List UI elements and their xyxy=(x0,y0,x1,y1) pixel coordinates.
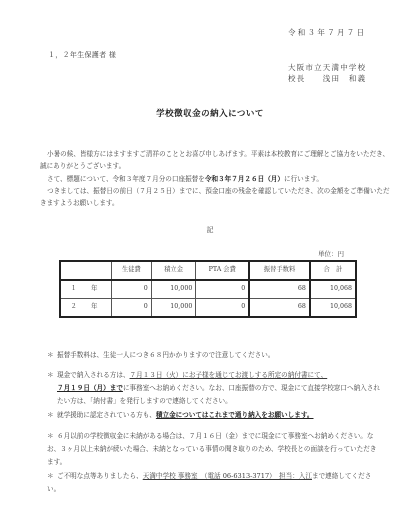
contact-info: 天満中学校 事務室 （電話 06-6313-3717） 担当：入江 xyxy=(143,472,312,480)
note-underlined-text: 積立金についてはこれまで通り納入をお願いします。 xyxy=(156,411,314,419)
body-text-segment: に行います。 xyxy=(284,175,323,183)
body-paragraph-greeting: 小暑の候、皆様方にはますますご清祥のこととお喜び申しあげます。平素は本校教育にご… xyxy=(40,148,390,173)
note-cash-payment: ＊現金で納入される方は、７月１３日（火）にお子様を通じてお渡しする所定の納付書に… xyxy=(47,369,382,408)
note-text: 就学援助に認定されている方も、 xyxy=(57,411,156,419)
row-label: ２ 年 xyxy=(60,299,112,318)
sender-principal: 校長 浅田 和義 xyxy=(288,73,366,84)
body-text: 小暑の候、皆様方にはますますご清祥のこととお喜び申しあげます。平素は本校教育にご… xyxy=(40,148,390,209)
table-header-cell: 合 計 xyxy=(310,261,356,280)
ki-heading: 記 xyxy=(0,227,420,234)
note-contact: ＊ご不明な点等ありましたら、天満中学校 事務室 （電話 06-6313-3717… xyxy=(47,470,382,496)
fee-table: 生徒費 積立金 PTA 会費 振替手数料 合 計 １ 年 0 10,000 0 … xyxy=(59,260,357,318)
body-text-segment: さて、標題について、令和３年度７月分の口座振替を xyxy=(47,175,205,183)
asterisk-icon: ＊ xyxy=(47,369,57,382)
table-header-cell: 積立金 xyxy=(151,261,196,280)
table-cell: 0 xyxy=(112,299,152,318)
asterisk-icon: ＊ xyxy=(47,349,57,362)
body-paragraph-request: つきましては、振替日の前日（７月２５日）までに、預金口座の残金を確認していただき… xyxy=(40,185,390,210)
table-cell: 10,068 xyxy=(310,280,356,299)
table-header-cell: PTA 会費 xyxy=(196,261,249,280)
asterisk-icon: ＊ xyxy=(47,409,57,422)
asterisk-icon: ＊ xyxy=(47,470,57,483)
note-text: 振替手数料は、生徒一人につき６８円かかりますので注意してください。 xyxy=(57,351,274,359)
addressee: １，２年生保護者 様 xyxy=(48,52,116,59)
note-underlined-text: ７月１３日（火）にお子様を通じてお渡しする所定の納付書にて、 xyxy=(130,371,328,379)
cash-deadline: ７月１９日（月）まで xyxy=(57,384,123,392)
sender-school: 大阪市立天満中学校 xyxy=(288,62,366,73)
table-cell: 10,000 xyxy=(151,299,196,318)
row-label: １ 年 xyxy=(60,280,112,299)
table-header-cell xyxy=(60,261,112,280)
table-header-cell: 振替手数料 xyxy=(249,261,310,280)
transfer-date: 令和３年７月２６日（月） xyxy=(205,175,284,183)
body-paragraph-transfer: さて、標題について、令和３年度７月分の口座振替を令和３年７月２６日（月）に行いま… xyxy=(40,173,390,185)
table-cell: 68 xyxy=(249,299,310,318)
table-cell: 10,068 xyxy=(310,299,356,318)
table-cell: 0 xyxy=(196,280,249,299)
note-text: ６月以前の学校徴収金に未納がある場合は、７月１６日（金）までに現金にて事務室へお… xyxy=(47,432,376,466)
table-cell: 68 xyxy=(249,280,310,299)
table-header-row: 生徒費 積立金 PTA 会費 振替手数料 合 計 xyxy=(60,261,356,280)
note-transfer-fee: ＊振替手数料は、生徒一人につき６８円かかりますので注意してください。 xyxy=(47,349,382,362)
table-cell: 0 xyxy=(196,299,249,318)
note-text: 現金で納入される方は、 xyxy=(57,371,130,379)
table-row: １ 年 0 10,000 0 68 10,068 xyxy=(60,280,356,299)
document-title: 学校徴収金の納入について xyxy=(0,110,420,119)
table-cell: 10,000 xyxy=(151,280,196,299)
sender-block: 大阪市立天満中学校 校長 浅田 和義 xyxy=(288,62,366,84)
note-school-aid: ＊就学援助に認定されている方も、積立金についてはこれまで通り納入をお願いします。 xyxy=(47,409,382,422)
asterisk-icon: ＊ xyxy=(47,430,57,443)
note-text: ご不明な点等ありましたら、 xyxy=(57,472,143,480)
table-header-cell: 生徒費 xyxy=(112,261,152,280)
document-date: 令和３年７月７日 xyxy=(288,29,366,37)
table-cell: 0 xyxy=(112,280,152,299)
unit-label: 単位：円 xyxy=(318,251,344,258)
table-row: ２ 年 0 10,000 0 68 10,068 xyxy=(60,299,356,318)
note-unpaid: ＊６月以前の学校徴収金に未納がある場合は、７月１６日（金）までに現金にて事務室へ… xyxy=(47,430,382,469)
